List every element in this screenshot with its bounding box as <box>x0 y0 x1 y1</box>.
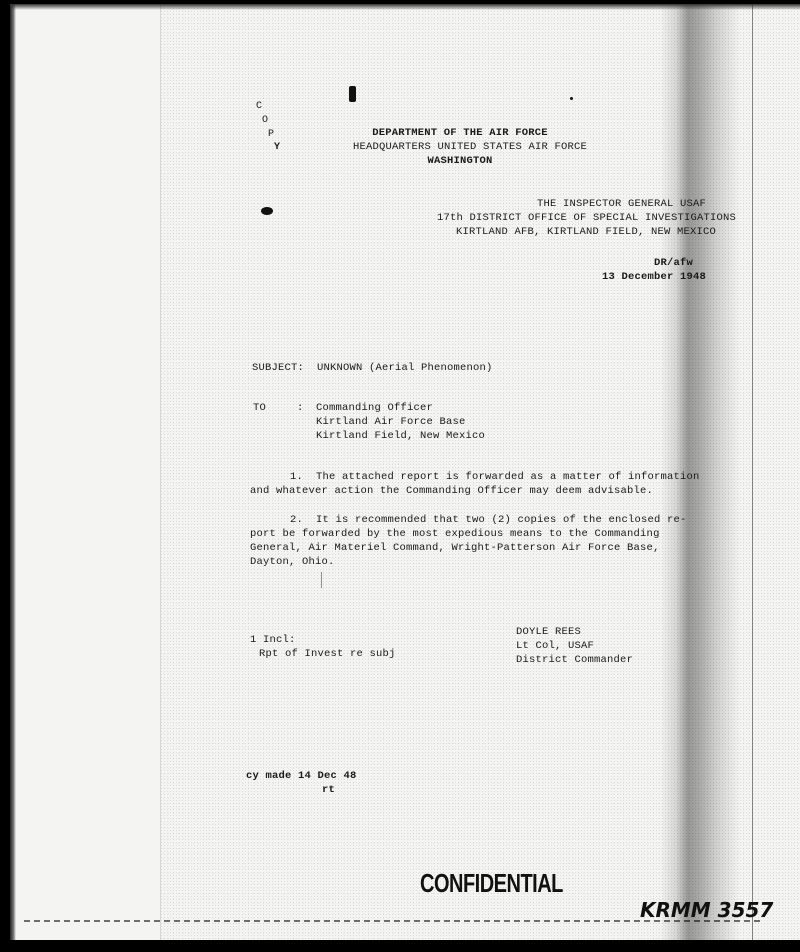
copy-note-line-1: cy made 14 Dec 48 <box>246 770 357 783</box>
signer-rank: Lt Col, USAF <box>516 640 594 653</box>
ink-dot <box>570 97 573 100</box>
to-label: TO <box>253 402 266 415</box>
stray-mark <box>321 572 322 588</box>
paragraph-number: 2. <box>290 514 303 527</box>
paragraph-line: The attached report is forwarded as a ma… <box>316 471 700 484</box>
copy-letter-y: Y <box>274 143 280 153</box>
scan-edge-top <box>10 4 800 10</box>
copy-letter-p: P <box>268 130 274 140</box>
scan-edge-line <box>752 4 753 940</box>
fold-line <box>160 4 161 940</box>
to-separator: : <box>297 402 304 415</box>
signer-name: DOYLE REES <box>516 626 581 639</box>
copy-letter-o: O <box>262 116 268 126</box>
document-page: C O P Y DEPARTMENT OF THE AIR FORCE HEAD… <box>10 4 800 940</box>
to-line-2: Kirtland Air Force Base <box>316 416 466 429</box>
office-address: KIRTLAND AFB, KIRTLAND FIELD, NEW MEXICO <box>456 226 716 239</box>
enclosure-description: Rpt of Invest re subj <box>259 648 396 661</box>
letterhead-department: DEPARTMENT OF THE AIR FORCE <box>340 127 580 140</box>
scan-edge-left <box>10 4 16 940</box>
paragraph-line: General, Air Materiel Command, Wright-Pa… <box>250 542 660 555</box>
file-number: KRMM 3557 <box>640 898 773 922</box>
letterhead-location: WASHINGTON <box>340 155 580 168</box>
signer-title: District Commander <box>516 654 633 667</box>
office-inspector-general: THE INSPECTOR GENERAL USAF <box>537 198 706 211</box>
office-district: 17th DISTRICT OFFICE OF SPECIAL INVESTIG… <box>437 212 736 225</box>
subject-label: SUBJECT: <box>252 362 304 375</box>
bottom-rule <box>24 920 760 922</box>
enclosure-count: 1 Incl: <box>250 634 296 647</box>
reference-initials: DR/afw <box>654 257 693 270</box>
letter-date: 13 December 1948 <box>602 271 706 284</box>
copy-letter-c: C <box>256 102 262 112</box>
to-line-3: Kirtland Field, New Mexico <box>316 430 485 443</box>
to-line-1: Commanding Officer <box>316 402 433 415</box>
classification-stamp: CONFIDENTIAL <box>420 870 563 900</box>
ink-blot <box>349 86 356 102</box>
subject-value: UNKNOWN (Aerial Phenomenon) <box>317 362 493 375</box>
paragraph-line: and whatever action the Commanding Offic… <box>250 485 653 498</box>
paragraph-number: 1. <box>290 471 303 484</box>
copy-note-line-2: rt <box>322 784 335 797</box>
letterhead-headquarters: HEADQUARTERS UNITED STATES AIR FORCE <box>340 141 600 154</box>
paragraph-line: It is recommended that two (2) copies of… <box>316 514 687 527</box>
paragraph-line: Dayton, Ohio. <box>250 556 335 569</box>
punch-hole-mark <box>261 207 273 215</box>
paragraph-line: port be forwarded by the most expedious … <box>250 528 660 541</box>
